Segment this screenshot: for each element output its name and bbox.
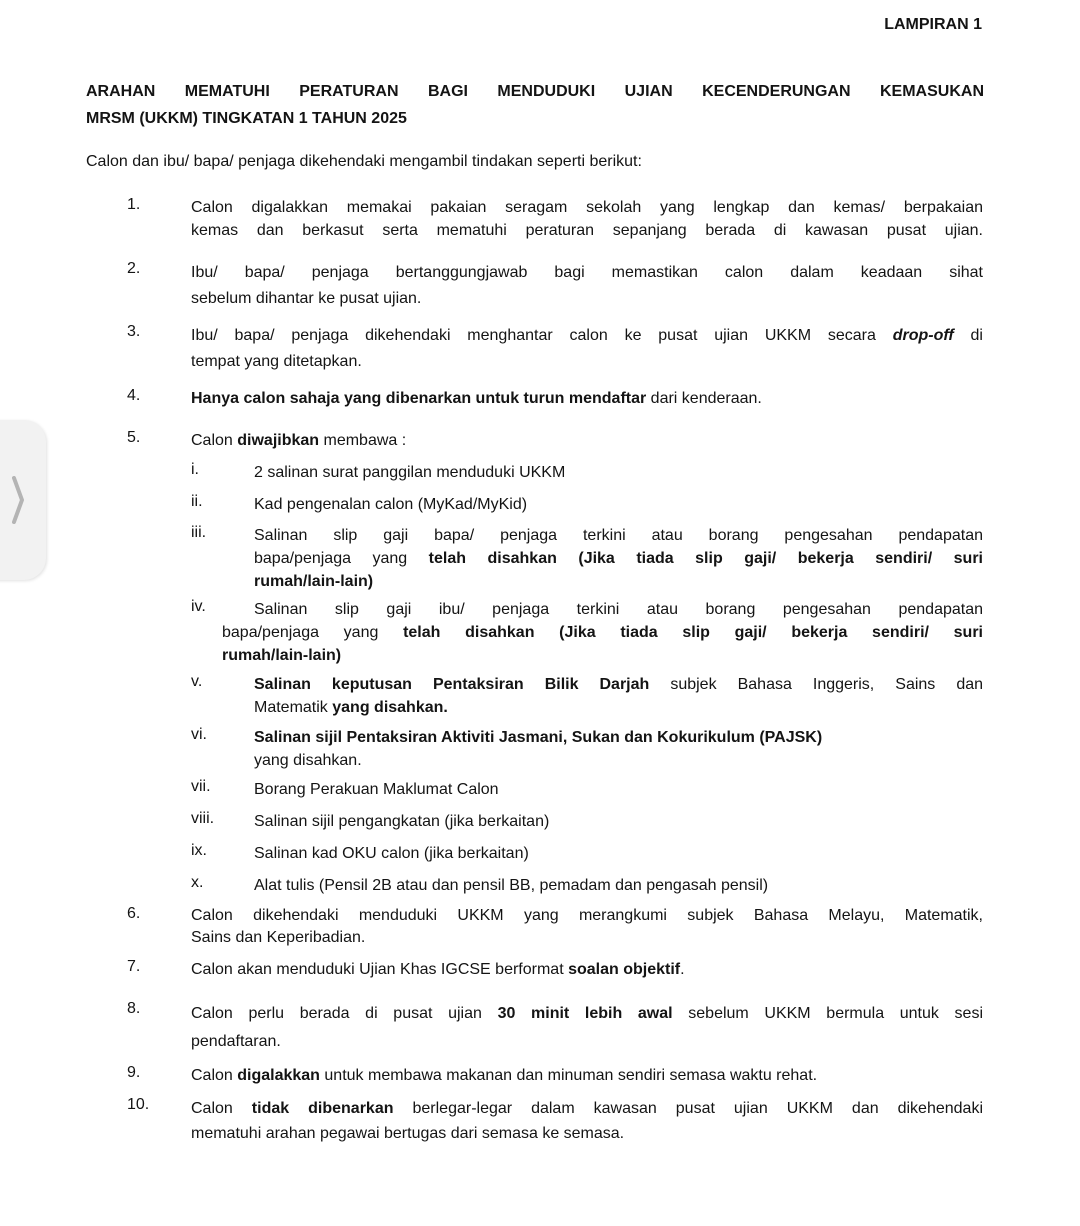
annex-label: LAMPIRAN 1: [884, 16, 982, 34]
next-page-tab[interactable]: [0, 420, 46, 580]
chevron-right-icon: [12, 476, 24, 524]
document-title: ARAHAN MEMATUHI PERATURAN BAGI MENDUDUKI…: [86, 78, 984, 132]
document-page: LAMPIRAN 1 ARAHAN MEMATUHI PERATURAN BAG…: [0, 0, 1080, 1226]
intro-text: Calon dan ibu/ bapa/ penjaga dikehendaki…: [86, 153, 642, 171]
